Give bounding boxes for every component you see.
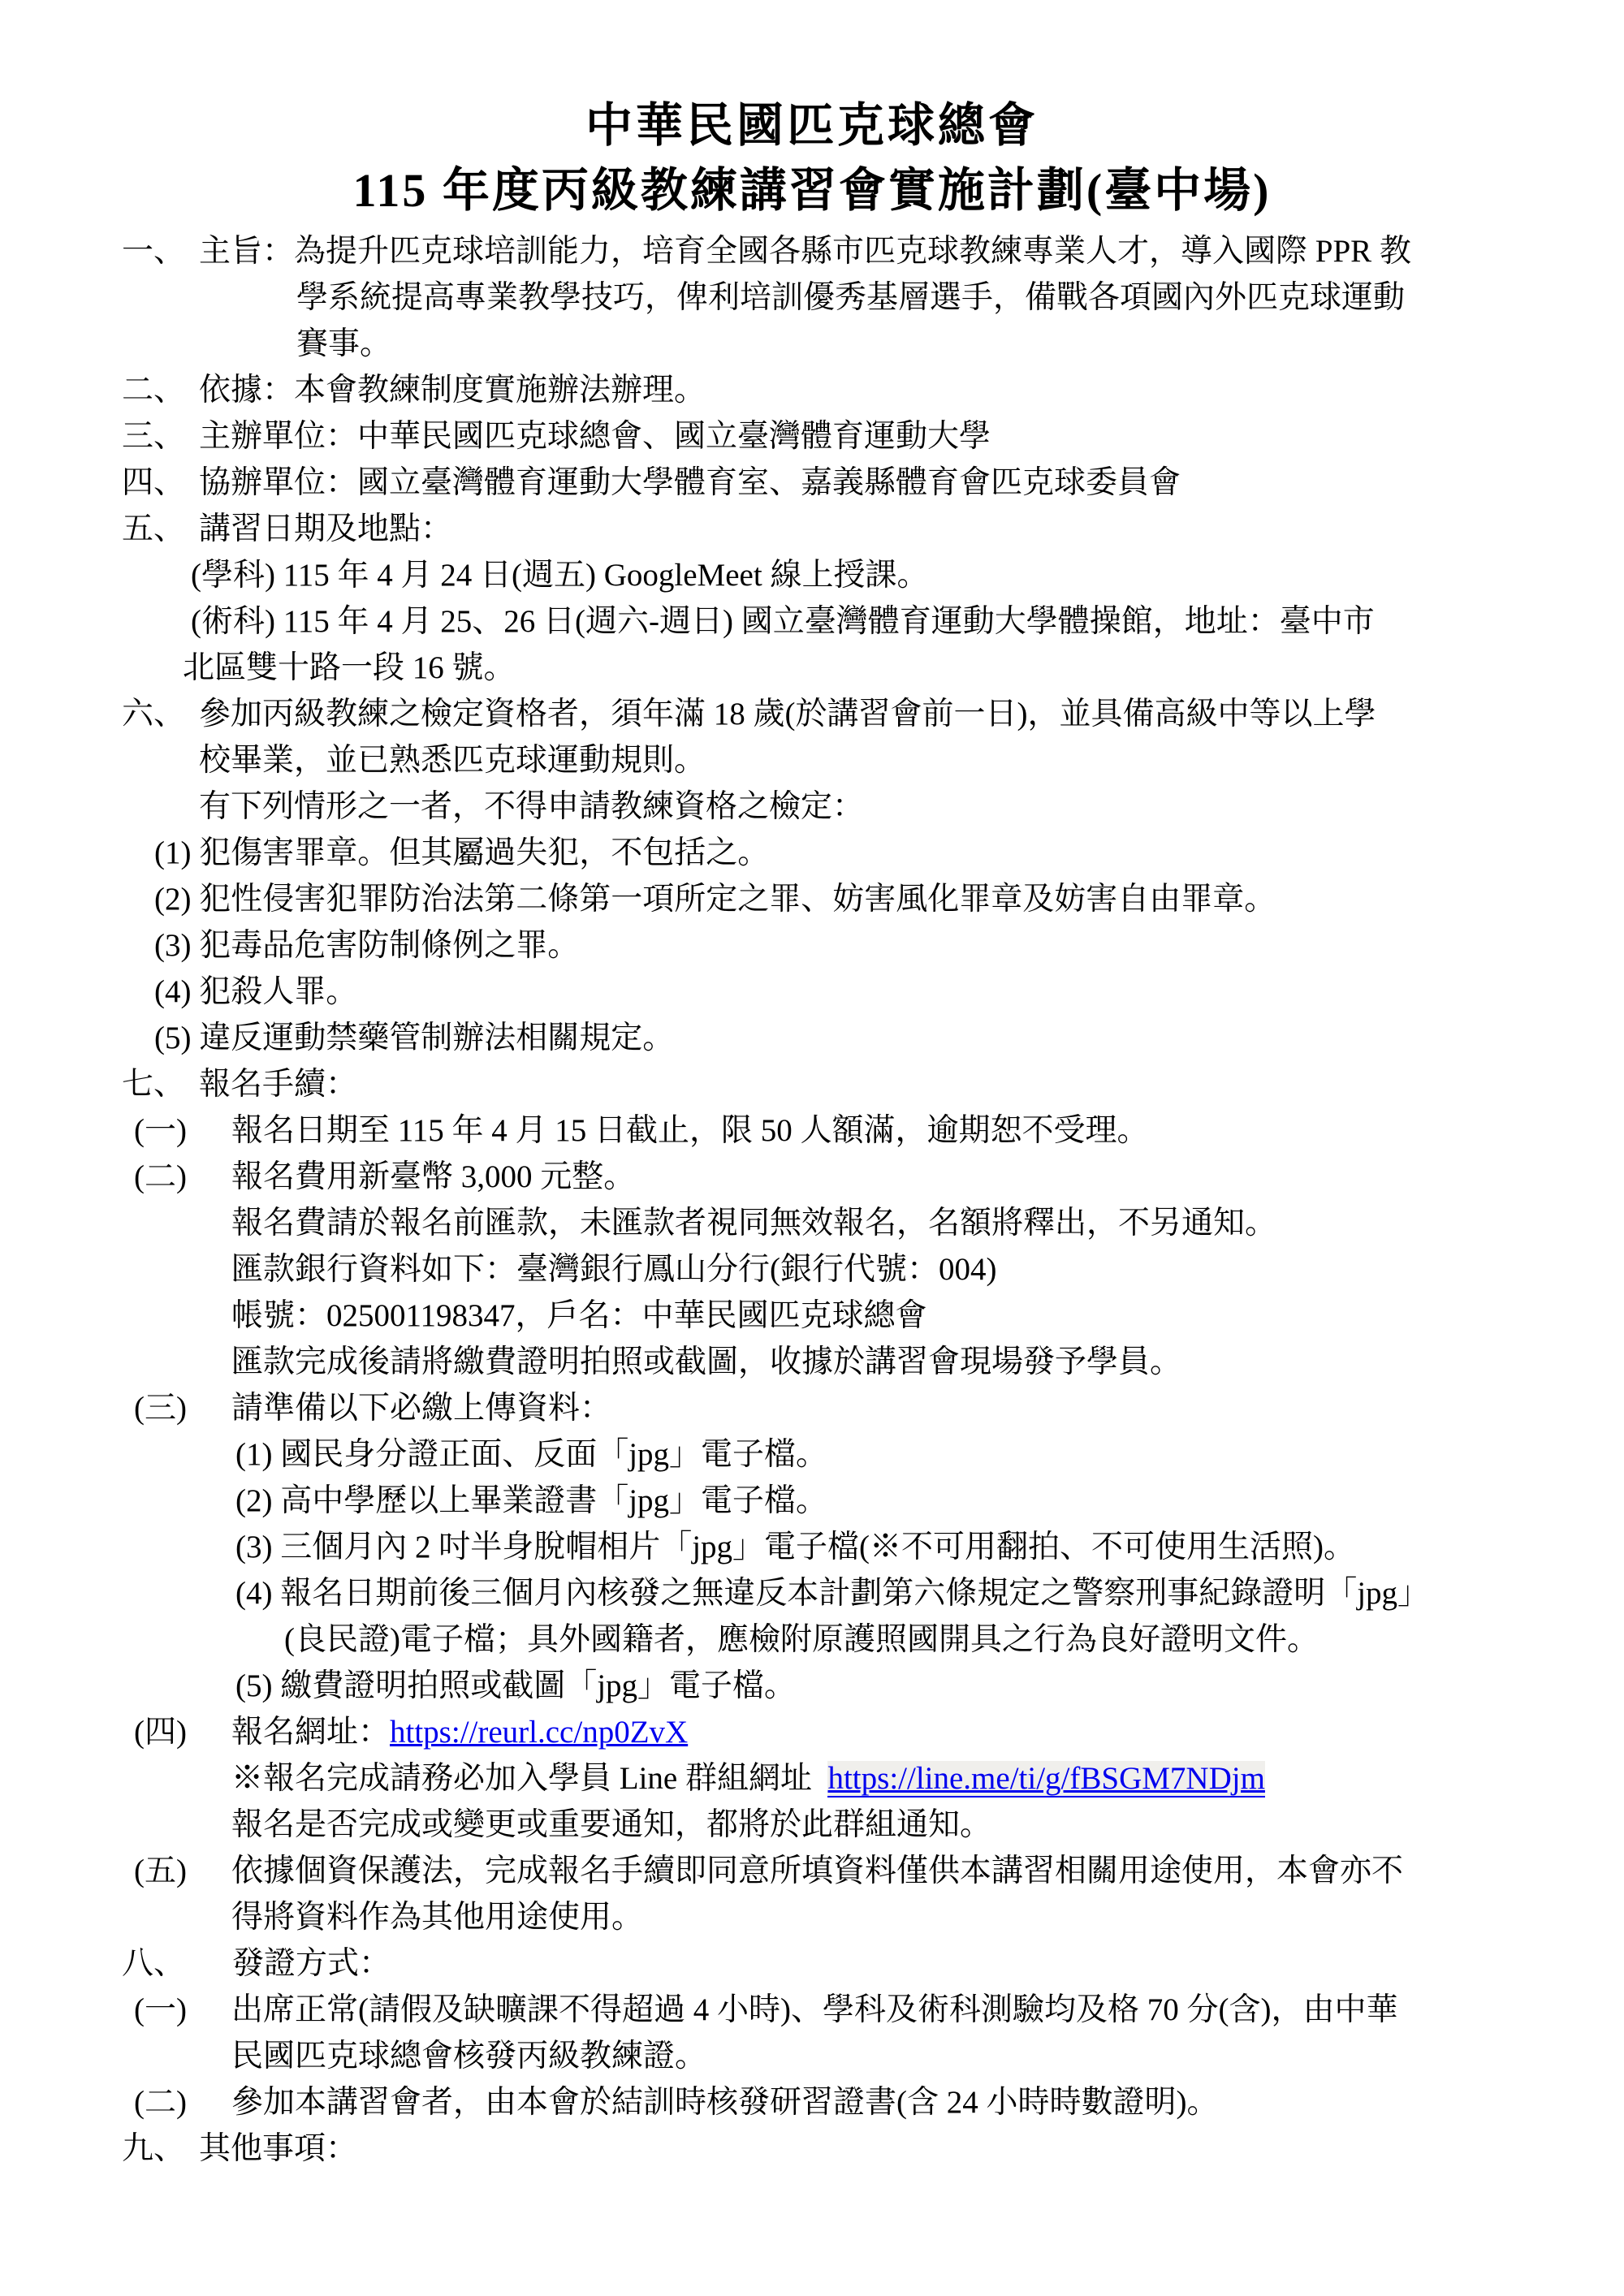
doc-line: (3) 三個月內 2 吋半身脫帽相片「jpg」電子檔(※不可用翻拍、不可使用生活… <box>235 1524 1624 1570</box>
doc-line: (一)出席正常(請假及缺曠課不得超過 4 小時)、學科及術科測驗均及格 70 分… <box>134 1987 1624 2033</box>
doc-line: 北區雙十路一段 16 號。 <box>183 645 1624 691</box>
doc-line: (2) 高中學歷以上畢業證書「jpg」電子檔。 <box>235 1478 1624 1524</box>
doc-line: 報名費請於報名前匯款，未匯款者視同無效報名，名額將釋出，不另通知。 <box>231 1200 1624 1246</box>
doc-line: 校畢業，並已熟悉匹克球運動規則。 <box>199 737 1624 783</box>
list-label: 七、 <box>122 1061 199 1107</box>
list-label: (四) <box>134 1709 231 1755</box>
doc-line: 得將資料作為其他用途使用。 <box>231 1894 1624 1940</box>
list-label: 五、 <box>122 506 199 552</box>
doc-line: 四、協辦單位：國立臺灣體育運動大學體育室、嘉義縣體育會匹克球委員會 <box>122 460 1624 506</box>
registration-url-link[interactable]: https://reurl.cc/np0ZvX <box>390 1715 688 1750</box>
doc-line: 七、報名手續： <box>122 1061 1624 1107</box>
list-label: 九、 <box>122 2126 199 2172</box>
doc-line: 帳號：025001198347，戶名：中華民國匹克球總會 <box>231 1293 1624 1339</box>
doc-line: 八、發證方式： <box>122 1940 1624 1987</box>
list-label: 六、 <box>122 691 199 737</box>
doc-line: 學系統提高專業教學技巧，俾利培訓優秀基層選手，備戰各項國內外匹克球運動 <box>296 274 1624 321</box>
list-label: 四、 <box>122 460 199 506</box>
doc-line: (1) 犯傷害罪章。但其屬過失犯，不包括之。 <box>154 830 1624 876</box>
doc-line: (1) 國民身分證正面、反面「jpg」電子檔。 <box>235 1431 1624 1478</box>
doc-line: (一)報名日期至 115 年 4 月 15 日截止，限 50 人額滿，逾期恕不受… <box>134 1107 1624 1154</box>
doc-line: (學科) 115 年 4 月 24 日(週五) GoogleMeet 線上授課。 <box>191 552 1624 598</box>
doc-line: 有下列情形之一者，不得申請教練資格之檢定： <box>199 783 1624 830</box>
list-label: (一) <box>134 1987 231 2033</box>
list-label: 八、 <box>122 1940 232 1987</box>
doc-line: (5) 繳費證明拍照或截圖「jpg」電子檔。 <box>235 1663 1624 1709</box>
doc-line: (5) 違反運動禁藥管制辦法相關規定。 <box>154 1015 1624 1061</box>
doc-line: 五、講習日期及地點： <box>122 506 1624 552</box>
document-title: 中華民國匹克球總會 <box>0 0 1624 153</box>
doc-line: (三)請準備以下必繳上傳資料： <box>134 1385 1624 1431</box>
list-label: 二、 <box>122 367 199 413</box>
doc-line: 九、其他事項： <box>122 2126 1624 2172</box>
doc-line: (五)依據個資保護法，完成報名手續即同意所填資料僅供本講習相關用途使用，本會亦不 <box>134 1848 1624 1894</box>
document-body: 一、主旨：為提升匹克球培訓能力，培育全國各縣市匹克球教練專業人才，導入國際 PP… <box>0 228 1624 2172</box>
doc-line: (術科) 115 年 4 月 25、26 日(週六-週日) 國立臺灣體育運動大學… <box>191 598 1624 645</box>
list-label: 一、 <box>122 228 199 274</box>
doc-line: (4) 犯殺人罪。 <box>154 969 1624 1015</box>
doc-line: 匯款銀行資料如下：臺灣銀行鳳山分行(銀行代號：004) <box>231 1246 1624 1293</box>
doc-line: 一、主旨：為提升匹克球培訓能力，培育全國各縣市匹克球教練專業人才，導入國際 PP… <box>122 228 1624 274</box>
doc-line: 三、主辦單位：中華民國匹克球總會、國立臺灣體育運動大學 <box>122 413 1624 460</box>
doc-line: (二)報名費用新臺幣 3,000 元整。 <box>134 1154 1624 1200</box>
doc-line: ※報名完成請務必加入學員 Line 群組網址 https://line.me/t… <box>231 1755 1624 1802</box>
doc-line: (良民證)電子檔；具外國籍者，應檢附原護照國開具之行為良好證明文件。 <box>284 1616 1624 1663</box>
list-label: (三) <box>134 1385 231 1431</box>
line-group-url-link[interactable]: https://line.me/ti/g/fBSGM7NDjm <box>827 1761 1264 1798</box>
doc-line: 賽事。 <box>296 321 1624 367</box>
doc-line: (3) 犯毒品危害防制條例之罪。 <box>154 922 1624 969</box>
list-label: (五) <box>134 1848 231 1894</box>
document-page: 中華民國匹克球總會 115 年度丙級教練講習會實施計劃(臺中場) 一、主旨：為提… <box>0 0 1624 2296</box>
doc-line: (二)參加本講習會者，由本會於結訓時核發研習證書(含 24 小時時數證明)。 <box>134 2079 1624 2126</box>
doc-line: (2) 犯性侵害犯罪防治法第二條第一項所定之罪、妨害風化罪章及妨害自由罪章。 <box>154 876 1624 922</box>
document-subtitle: 115 年度丙級教練講習會實施計劃(臺中場) <box>0 164 1624 218</box>
doc-line: 六、參加丙級教練之檢定資格者，須年滿 18 歲(於講習會前一日)，並具備高級中等… <box>122 691 1624 737</box>
doc-line: 民國匹克球總會核發丙級教練證。 <box>231 2033 1624 2079</box>
doc-line: (4) 報名日期前後三個月內核發之無違反本計劃第六條規定之警察刑事紀錄證明「jp… <box>235 1570 1624 1616</box>
list-label: (一) <box>134 1107 231 1154</box>
list-label: (二) <box>134 2079 231 2126</box>
doc-line: 報名是否完成或變更或重要通知，都將於此群組通知。 <box>231 1802 1624 1848</box>
list-label: 三、 <box>122 413 199 460</box>
list-label: (二) <box>134 1154 231 1200</box>
doc-line: 匯款完成後請將繳費證明拍照或截圖，收據於講習會現場發予學員。 <box>231 1339 1624 1385</box>
doc-line: 二、依據：本會教練制度實施辦法辦理。 <box>122 367 1624 413</box>
doc-line: (四)報名網址：https://reurl.cc/np0ZvX <box>134 1709 1624 1755</box>
